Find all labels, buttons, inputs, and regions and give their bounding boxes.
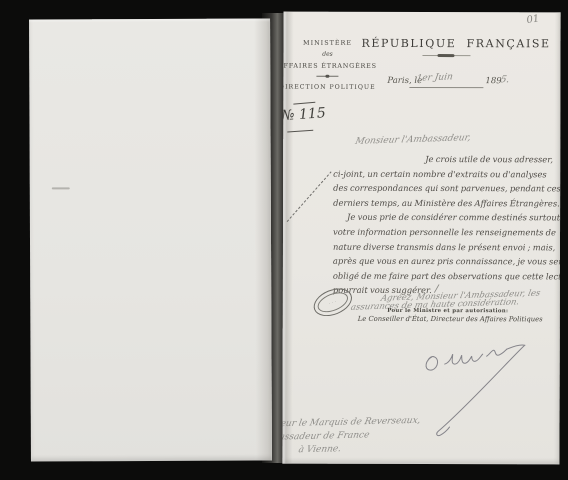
scanned-archive-photo: 01 MINISTÈRE des AFFAIRES ÉTRANGÈRES DIR…	[0, 0, 568, 480]
document-page: 01 MINISTÈRE des AFFAIRES ÉTRANGÈRES DIR…	[282, 12, 560, 465]
dateline-year-handwritten: 5.	[499, 74, 510, 85]
letter-body: Je crois utile de vous adresser, ci-join…	[333, 152, 560, 299]
pen-stroke-mark	[285, 169, 335, 225]
body-line: après que vous en aurez pris connaissanc…	[333, 254, 560, 269]
body-line: des correspondances qui sont parvenues, …	[333, 181, 560, 196]
body-line: nature diverse transmis dans le présent …	[333, 239, 560, 254]
body-line: ci-joint, un certain nombre d'extraits o…	[333, 166, 560, 181]
signature-flourish	[414, 332, 536, 444]
doc-number-overline	[293, 102, 315, 105]
body-line: Je vous prie de considérer comme destiné…	[333, 210, 560, 225]
recipient-line: Monsieur le Marquis de Reverseaux,	[282, 416, 421, 430]
dateline-rule	[409, 86, 483, 87]
republic-title: RÉPUBLIQUE FRANÇAISE	[361, 37, 531, 50]
body-line: votre information personnelle les rensei…	[333, 225, 560, 240]
authorization-line: Pour le Ministre et par autorisation:	[373, 308, 523, 314]
dateline-handwritten-date: 1er Juin	[416, 72, 454, 84]
ministry-line: AFFAIRES ÉTRANGÈRES	[282, 61, 383, 69]
doc-number-underline	[287, 130, 313, 133]
heading-rule	[422, 55, 470, 56]
republic-heading: RÉPUBLIQUE FRANÇAISE	[361, 37, 531, 56]
dateline: Paris, le 1er Juin 189 5.	[283, 72, 560, 93]
folio-number: 01	[526, 13, 540, 26]
body-line: Je crois utile de vous adresser,	[333, 152, 560, 167]
recipient-line: à Vienne.	[298, 444, 342, 455]
recipient-line: Ambassadeur de France	[282, 430, 370, 443]
body-line: derniers temps, au Ministère des Affaire…	[333, 196, 560, 211]
pencil-dash-mark	[52, 187, 70, 189]
left-blank-page	[29, 18, 272, 461]
doc-number: № 115	[282, 105, 326, 124]
salutation: Monsieur l'Ambassadeur,	[354, 133, 471, 147]
body-line: obligé de me faire part des observations…	[333, 269, 560, 284]
signatory-title: Le Conseiller d'État, Directeur des Affa…	[358, 315, 538, 323]
archive-stamp-inner: · · ·	[315, 288, 351, 316]
